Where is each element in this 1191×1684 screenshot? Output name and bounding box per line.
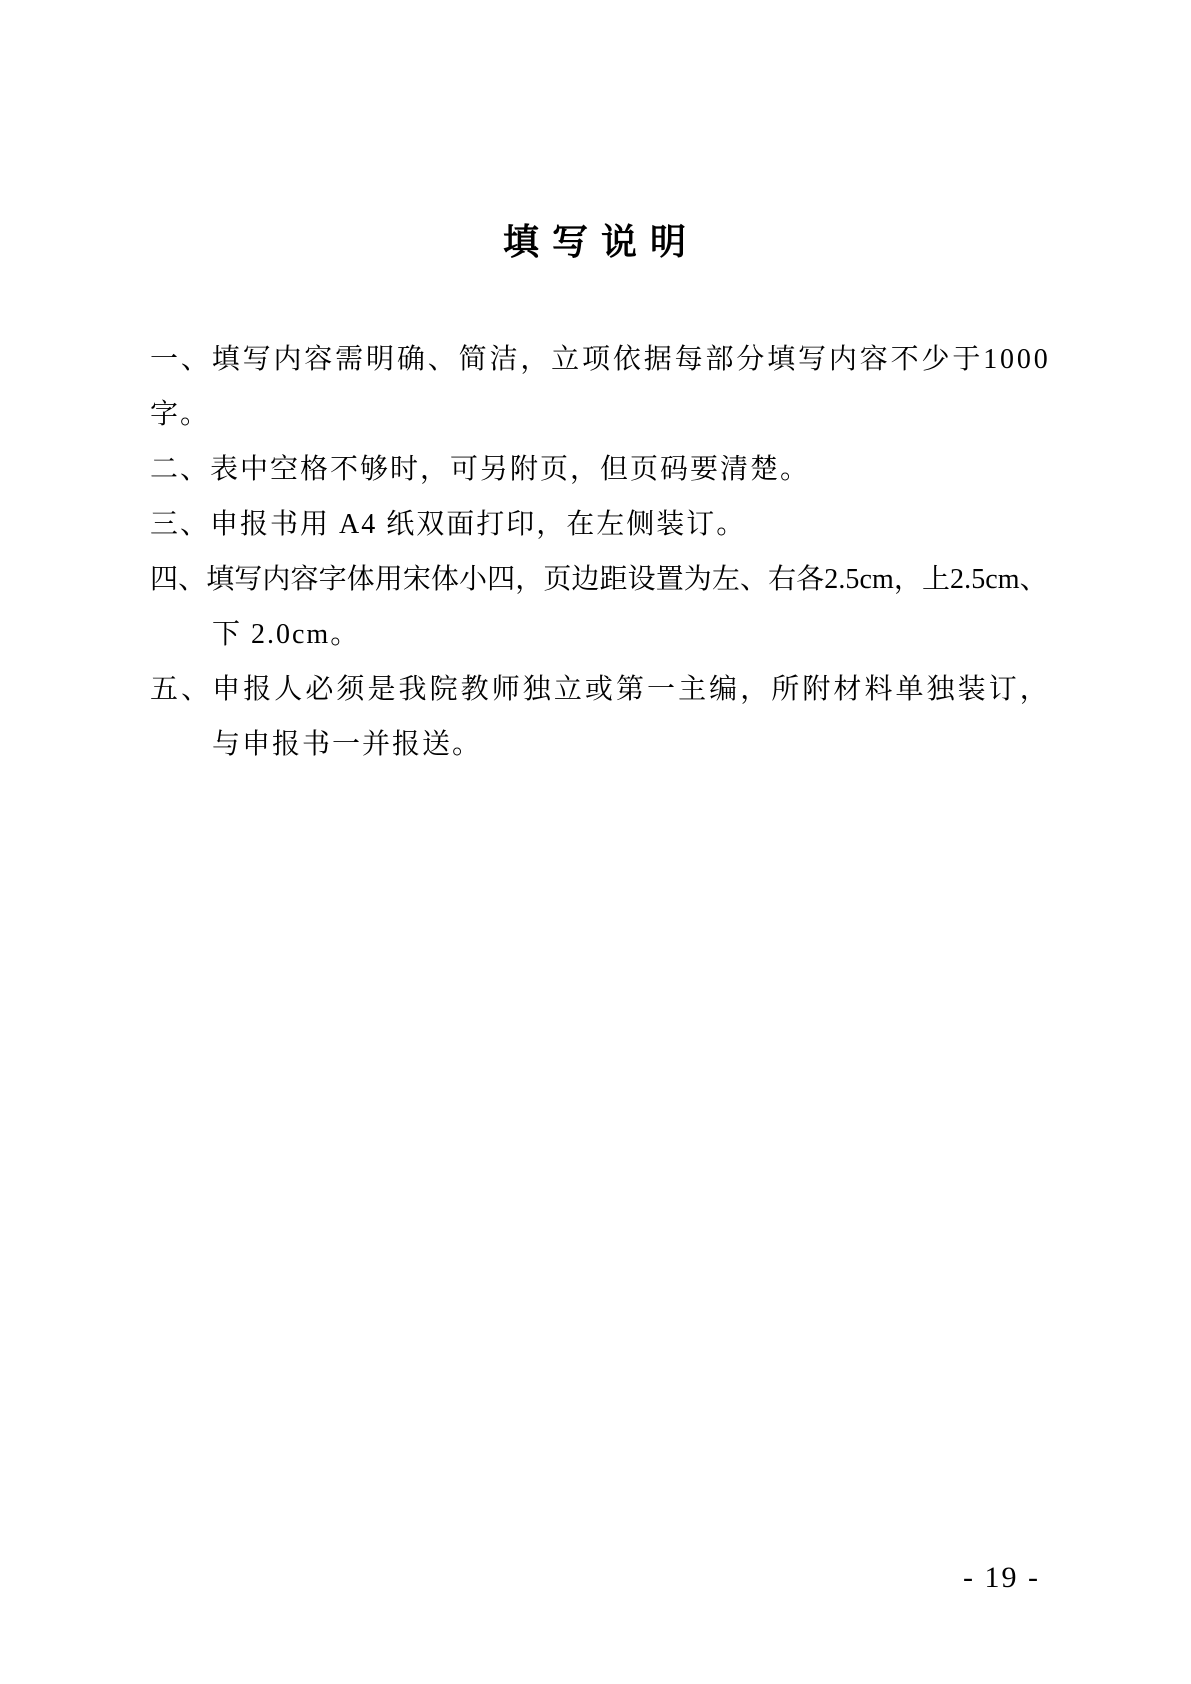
instruction-item-4-line-1: 四、填写内容字体用宋体小四，页边距设置为左、右各2.5cm，上2.5cm、 [150,552,1048,607]
instruction-item-4-line-2: 下 2.0cm。 [150,607,1048,662]
instruction-item-2: 二、表中空格不够时，可另附页，但页码要清楚。 [150,442,1048,497]
instruction-item-1-line-2: 字。 [150,387,1048,442]
page-number: - 19 - [963,1560,1040,1596]
instruction-item-5-line-2: 与申报书一并报送。 [150,717,1048,772]
instructions-list: 一、填写内容需明确、简洁，立项依据每部分填写内容不少于1000 字。 二、表中空… [150,332,1048,772]
instruction-item-3: 三、申报书用 A4 纸双面打印，在左侧装订。 [150,497,1048,552]
instruction-item-5-line-1: 五、申报人必须是我院教师独立或第一主编，所附材料单独装订， [150,662,1048,717]
instruction-item-1-line-1: 一、填写内容需明确、简洁，立项依据每部分填写内容不少于1000 [150,332,1048,387]
page-title: 填 写 说 明 [0,214,1191,270]
document-page: 填 写 说 明 一、填写内容需明确、简洁，立项依据每部分填写内容不少于1000 … [0,0,1191,1684]
